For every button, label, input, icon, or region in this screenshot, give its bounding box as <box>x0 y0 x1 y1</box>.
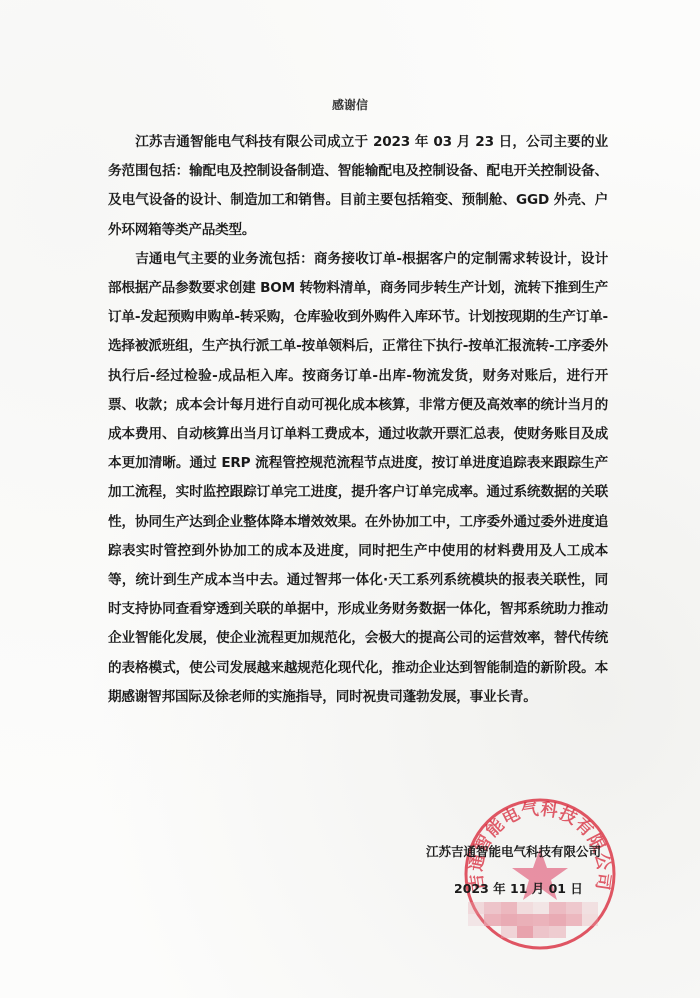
redaction-pixel <box>468 902 484 914</box>
redaction-pixel <box>517 926 533 938</box>
redaction-pixel <box>501 902 517 914</box>
paragraph-business-flow: 吉通电气主要的业务流包括：商务接收订单-根据客户的定制需求转设计，设计部根据产品… <box>108 245 608 712</box>
redaction-pixel <box>517 902 533 914</box>
redaction-pixel <box>533 914 549 926</box>
redaction-pixel <box>484 914 500 926</box>
redaction-pixel <box>484 902 500 914</box>
redaction-pixel <box>566 914 582 926</box>
redaction-pixel <box>468 914 484 926</box>
redaction-pixel <box>549 914 565 926</box>
redaction-pixel <box>533 926 549 938</box>
paragraph-company-intro: 江苏吉通智能电气科技有限公司成立于 2023 年 03 月 23 日，公司主要的… <box>108 128 608 245</box>
redaction-pixel <box>533 902 549 914</box>
redaction-pixel <box>549 902 565 914</box>
redaction-pixel <box>582 914 598 926</box>
redaction-pixel <box>566 902 582 914</box>
redaction-pixel <box>549 926 565 938</box>
redaction-pixel <box>501 926 517 938</box>
redaction-pixel <box>501 914 517 926</box>
signature-date: 2023 年 11 月 01 日 <box>454 879 583 897</box>
signature-company: 江苏吉通智能电气科技有限公司 <box>426 842 626 860</box>
redaction-pixel <box>582 902 598 914</box>
letter-title: 感谢信 <box>0 96 700 113</box>
redacted-block <box>468 902 598 938</box>
redaction-pixel <box>517 914 533 926</box>
letter-body: 江苏吉通智能电气科技有限公司成立于 2023 年 03 月 23 日，公司主要的… <box>108 128 608 712</box>
